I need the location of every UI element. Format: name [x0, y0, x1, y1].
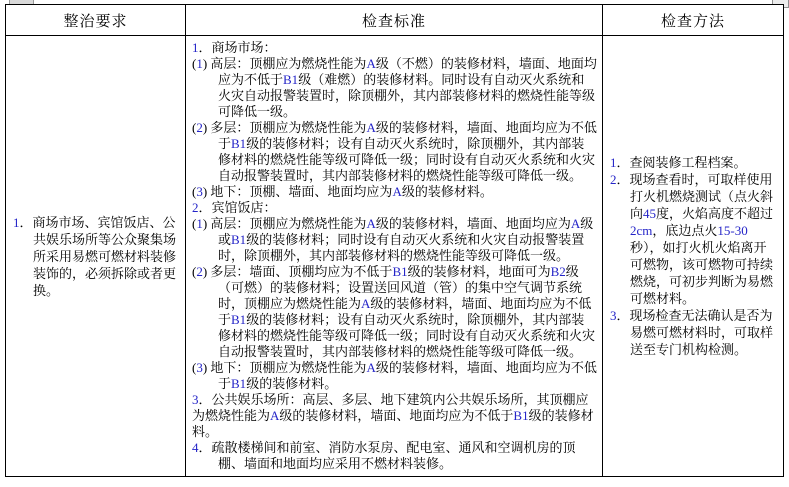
header-cell-inspection-methods: 检查方法: [603, 5, 783, 36]
paragraph: (3) 地下：顶棚应为燃烧性能为A级的装修材料，墙面、地面均应为不低于B1级的装…: [192, 360, 597, 392]
paragraph: (3) 地下：顶棚、墙面、地面均应为A级的装修材料。: [192, 184, 597, 200]
body-cell-rectification-requirements: 1．商场市场、宾馆饭店、公共娱乐场所等公众聚集场所采用易燃可燃材料装修装饰的，必…: [6, 36, 186, 476]
paragraph: 2．现场查看时，可取样使用打火机燃烧测试（点火斜向45度，火焰高度不超过2cm，…: [610, 171, 778, 307]
paragraph: 3．现场检查无法确认是否为易燃可燃材料时，可取样送至专门机构检测。: [610, 307, 778, 358]
paragraph: 1．查阅装修工程档案。: [610, 154, 778, 171]
paragraph: 4．疏散楼梯间和前室、消防水泵房、配电室、通风和空调机房的顶棚、墙面和地面均应采…: [192, 440, 597, 472]
paragraph: (1) 高层：顶棚应为燃烧性能为A级（不燃）的装修材料，墙面、地面均应为不低于B…: [192, 56, 597, 120]
paragraph: (2) 多层：墙面、顶棚均应为不低于B1级的装修材料，地面可为B2级（可燃）的装…: [192, 264, 597, 360]
paragraph: 1．商场市场、宾馆饭店、公共娱乐场所等公众聚集场所采用易燃可燃材料装修装饰的，必…: [13, 214, 180, 299]
header-label-standards: 检查标准: [362, 10, 426, 31]
header-label-requirements: 整治要求: [63, 10, 127, 31]
paragraph: 3．公共娱乐场所：高层、多层、地下建筑内公共娱乐场所，其顶棚应为燃烧性能为A级的…: [192, 392, 597, 440]
paragraph: 1．商场市场：: [192, 40, 597, 56]
inspection-requirements-table: 整治要求 检查标准 检查方法 1．商场市场、宾馆饭店、公共娱乐场所等公众聚集场所…: [5, 4, 784, 477]
header-cell-rectification-requirements: 整治要求: [6, 5, 186, 36]
document-page: 整治要求 检查标准 检查方法 1．商场市场、宾馆饭店、公共娱乐场所等公众聚集场所…: [0, 0, 789, 487]
body-cell-inspection-methods: 1．查阅装修工程档案。2．现场查看时，可取样使用打火机燃烧测试（点火斜向45度，…: [603, 36, 783, 476]
header-label-methods: 检查方法: [661, 10, 725, 31]
paragraph: 2．宾馆饭店：: [192, 200, 597, 216]
paragraph: (1) 高层：顶棚应为燃烧性能为A级的装修材料，墙面、地面均应为A级或B1级的装…: [192, 216, 597, 264]
body-cell-inspection-standards: 1．商场市场：(1) 高层：顶棚应为燃烧性能为A级（不燃）的装修材料，墙面、地面…: [186, 36, 603, 476]
paragraph: (2) 多层：顶棚应为燃烧性能为A级的装修材料，墙面、地面均应为不低于B1级的装…: [192, 120, 597, 184]
header-cell-inspection-standards: 检查标准: [186, 5, 603, 36]
